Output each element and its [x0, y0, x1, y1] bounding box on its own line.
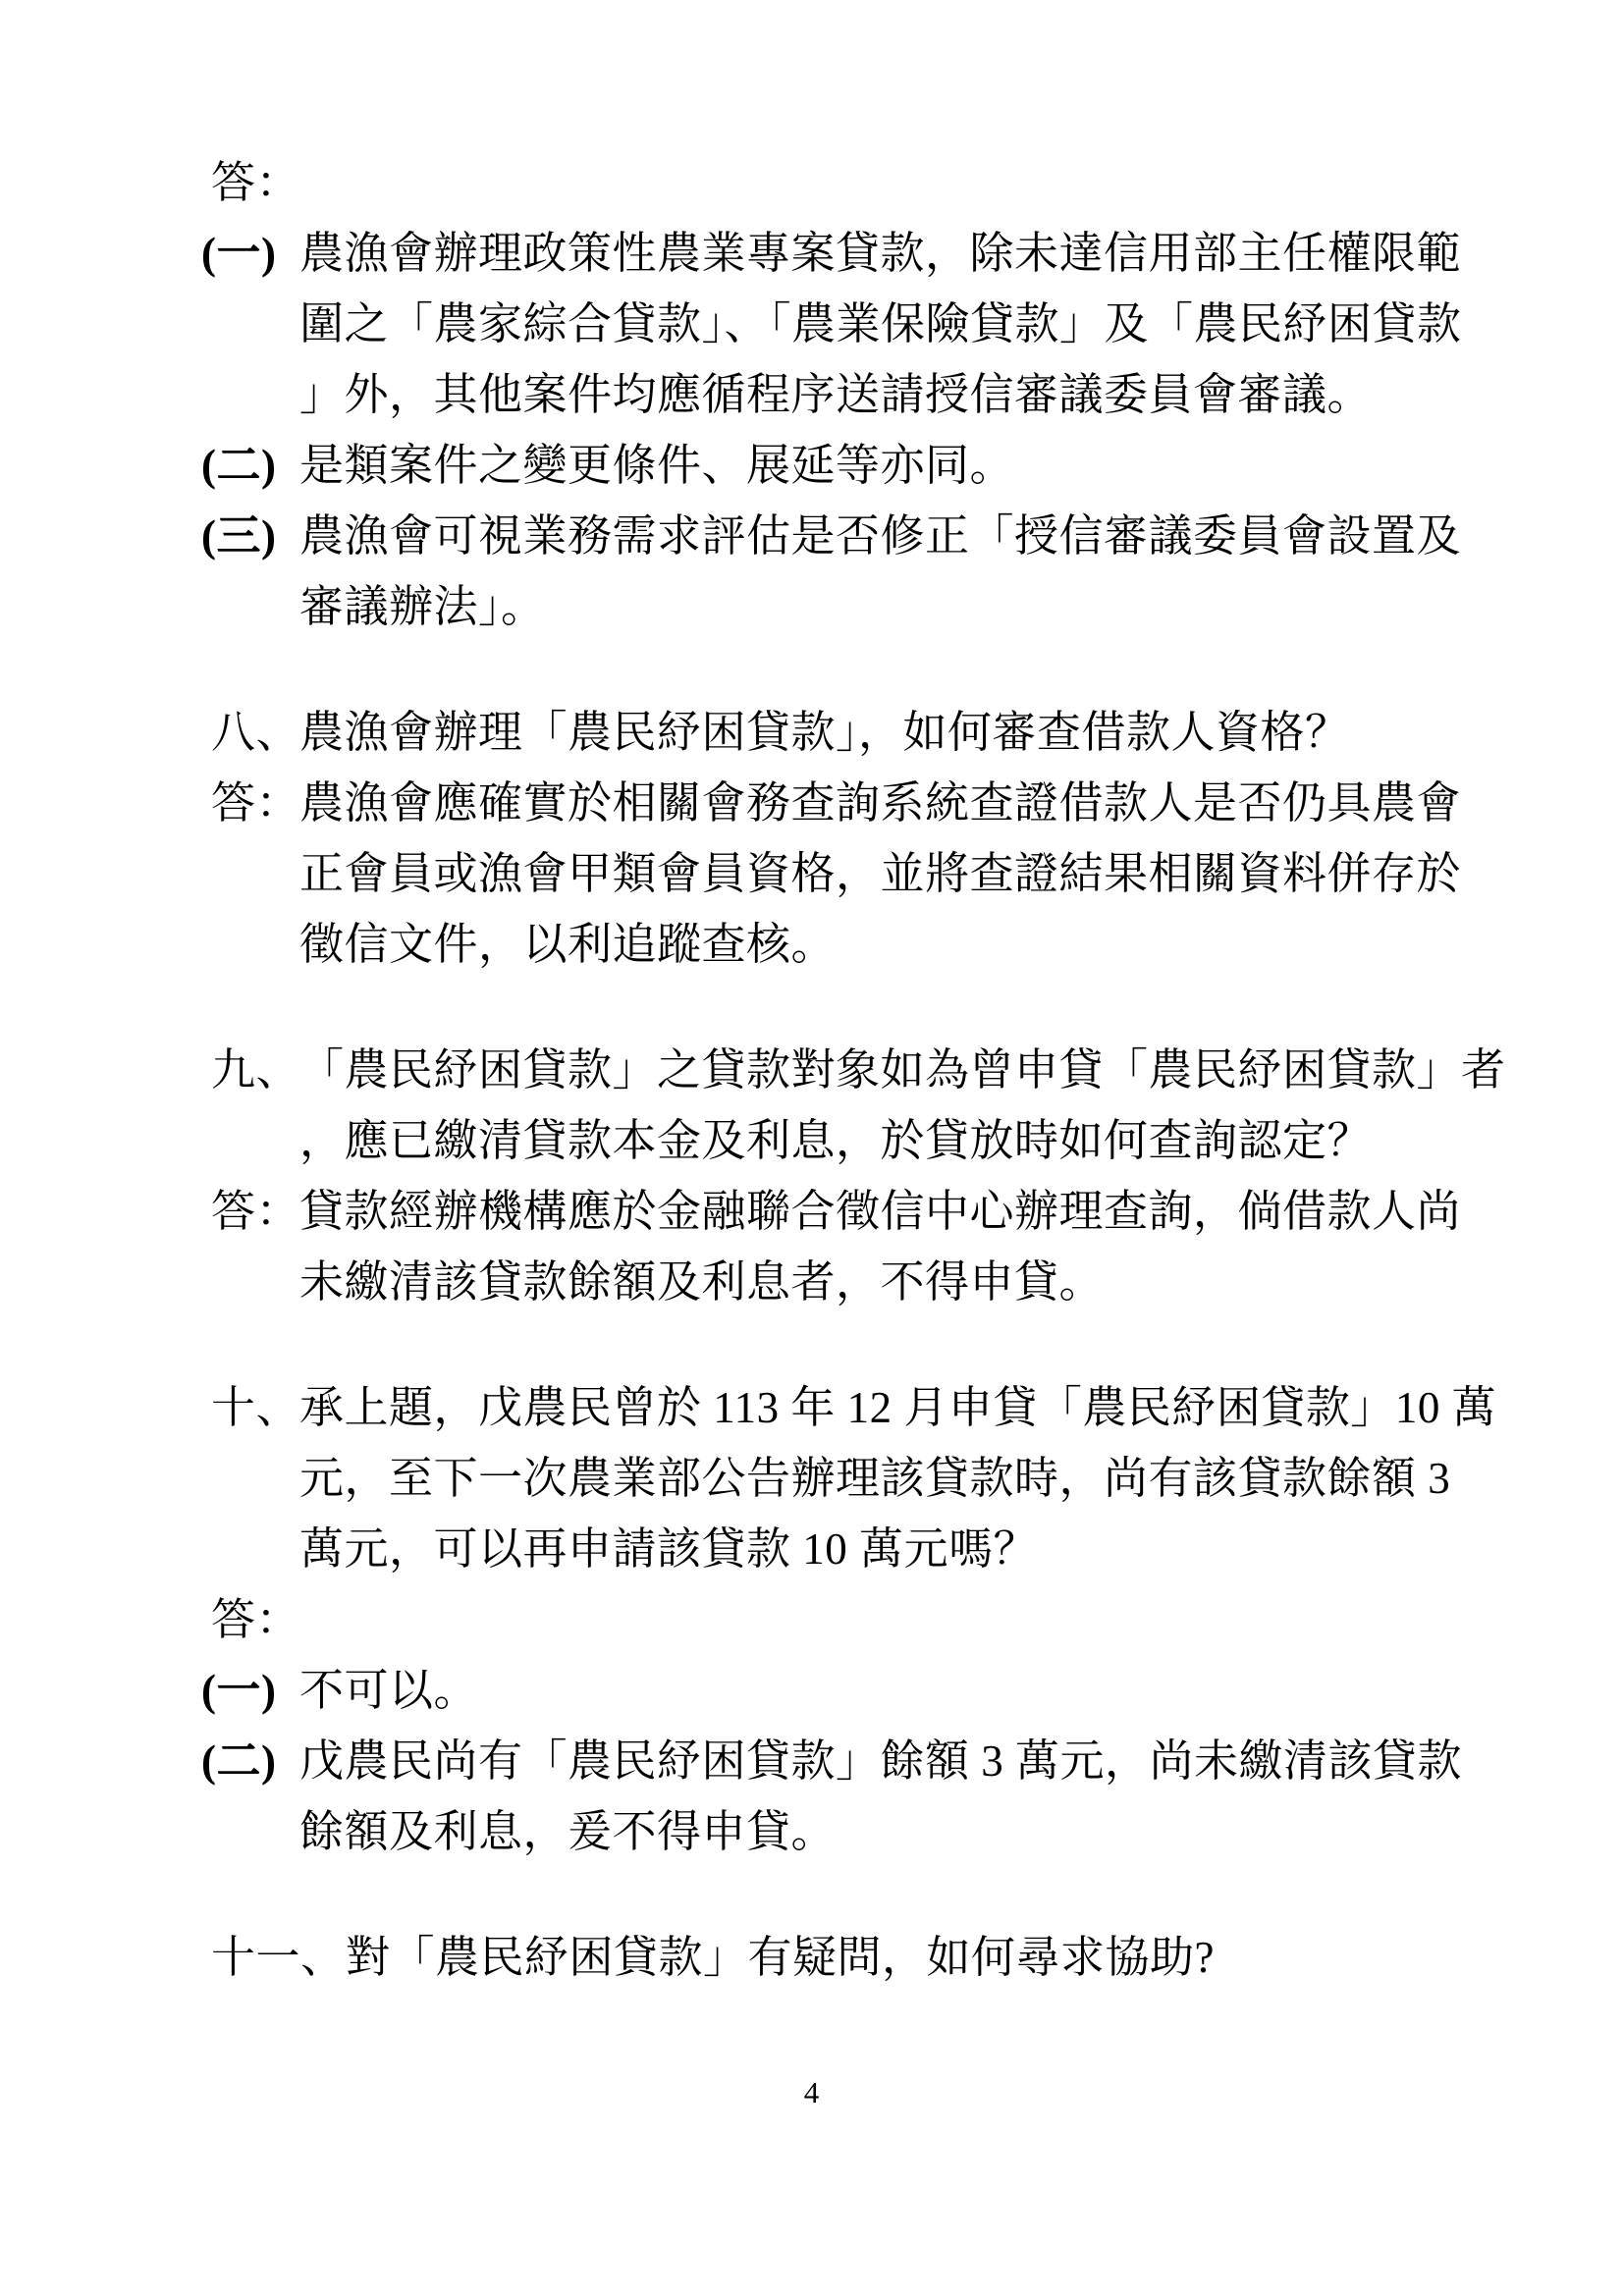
- line-text: 承上題，戊農民曾於 113 年 12 月申貸「農民紓困貸款」10 萬: [299, 1383, 1496, 1432]
- line-text: 」外，其他案件均應循程序送請授信審議委員會審議。: [299, 370, 1372, 419]
- document-page: 答：(一)農漁會辦理政策性農業專案貸款，除未達信用部主任權限範圍之「農家綜合貸款…: [0, 0, 1623, 2296]
- line-marker: 答：: [211, 1176, 299, 1247]
- text-line: (一)不可以。: [0, 1655, 1623, 1726]
- text-line: 徵信文件，以利追蹤查核。: [0, 909, 1623, 980]
- line-text: 戊農民尚有「農民紓困貸款」餘額 3 萬元，尚未繳清該貸款: [299, 1736, 1462, 1786]
- line-text: 審議辦法」。: [299, 582, 546, 631]
- qa-block: 十、承上題，戊農民曾於 113 年 12 月申貸「農民紓困貸款」10 萬元，至下…: [0, 1372, 1623, 1867]
- line-marker: (一): [201, 218, 299, 289]
- qa-block: 八、農漁會辦理「農民紓困貸款」，如何審查借款人資格？答：農漁會應確實於相關會務查…: [0, 697, 1623, 980]
- line-text: 「農民紓困貸款」之貸款對象如為曾申貸「農民紓困貸款」者: [299, 1045, 1506, 1095]
- text-line: 未繳清該貸款餘額及利息者，不得申貸。: [0, 1247, 1623, 1317]
- line-text: 餘額及利息，爰不得申貸。: [299, 1807, 836, 1856]
- line-text: 對「農民紓困貸款」有疑問，如何尋求協助?: [346, 1933, 1215, 1982]
- text-line: 正會員或漁會甲類會員資格，並將查證結果相關資料併存於: [0, 838, 1623, 909]
- text-line: 審議辦法」。: [0, 571, 1623, 642]
- text-line: ，應已繳清貸款本金及利息，於貸放時如何查詢認定？: [0, 1105, 1623, 1176]
- line-marker: 答：: [211, 147, 299, 218]
- text-line: (二)戊農民尚有「農民紓困貸款」餘額 3 萬元，尚未繳清該貸款: [0, 1726, 1623, 1796]
- line-text: 是類案件之變更條件、展延等亦同。: [299, 441, 1014, 490]
- line-text: 農漁會辦理政策性農業專案貸款，除未達信用部主任權限範: [299, 229, 1461, 278]
- line-text: 農漁會應確實於相關會務查詢系統查證借款人是否仍具農會: [299, 778, 1461, 828]
- line-marker: (一): [201, 1655, 299, 1726]
- text-line: 答：: [0, 147, 1623, 218]
- line-text: 不可以。: [299, 1666, 478, 1715]
- page-content: 答：(一)農漁會辦理政策性農業專案貸款，除未達信用部主任權限範圍之「農家綜合貸款…: [0, 0, 1623, 1993]
- text-line: 八、農漁會辦理「農民紓困貸款」，如何審查借款人資格？: [0, 697, 1623, 768]
- line-marker: (三): [201, 501, 299, 571]
- qa-block: 十一、對「農民紓困貸款」有疑問，如何尋求協助?: [0, 1922, 1623, 1993]
- qa-block: 答：(一)農漁會辦理政策性農業專案貸款，除未達信用部主任權限範圍之「農家綜合貸款…: [0, 147, 1623, 642]
- text-line: 十、承上題，戊農民曾於 113 年 12 月申貸「農民紓困貸款」10 萬: [0, 1372, 1623, 1443]
- text-line: 圍之「農家綜合貸款」、「農業保險貸款」及「農民紓困貸款: [0, 289, 1623, 359]
- line-marker: 答：: [211, 1584, 299, 1655]
- line-text: 徵信文件，以利追蹤查核。: [299, 920, 836, 969]
- text-line: 答：貸款經辦機構應於金融聯合徵信中心辦理查詢，倘借款人尚: [0, 1176, 1623, 1247]
- line-text: 未繳清該貸款餘額及利息者，不得申貸。: [299, 1257, 1104, 1307]
- line-text: 農漁會辦理「農民紓困貸款」，如何審查借款人資格？: [299, 708, 1350, 757]
- line-text: 萬元，可以再申請該貸款 10 萬元嗎？: [299, 1524, 1038, 1574]
- line-text: 圍之「農家綜合貸款」、「農業保險貸款」及「農民紓困貸款: [299, 299, 1462, 348]
- text-line: (二)是類案件之變更條件、展延等亦同。: [0, 430, 1623, 501]
- line-marker: (二): [201, 1726, 299, 1796]
- line-marker: (二): [201, 430, 299, 501]
- page-number: 4: [0, 2073, 1623, 2112]
- line-text: 貸款經辦機構應於金融聯合徵信中心辦理查詢，倘借款人尚: [299, 1187, 1461, 1236]
- text-line: 答：農漁會應確實於相關會務查詢系統查證借款人是否仍具農會: [0, 768, 1623, 838]
- text-line: 餘額及利息，爰不得申貸。: [0, 1796, 1623, 1867]
- line-text: 正會員或漁會甲類會員資格，並將查證結果相關資料併存於: [299, 849, 1461, 898]
- qa-block: 九、「農民紓困貸款」之貸款對象如為曾申貸「農民紓困貸款」者，應已繳清貸款本金及利…: [0, 1035, 1623, 1317]
- text-line: 十一、對「農民紓困貸款」有疑問，如何尋求協助?: [0, 1922, 1623, 1993]
- line-text: 元，至下一次農業部公告辦理該貸款時，尚有該貸款餘額 3: [299, 1454, 1450, 1503]
- text-line: 」外，其他案件均應循程序送請授信審議委員會審議。: [0, 359, 1623, 430]
- text-line: 元，至下一次農業部公告辦理該貸款時，尚有該貸款餘額 3: [0, 1443, 1623, 1514]
- line-marker: 答：: [211, 768, 299, 838]
- text-line: (一)農漁會辦理政策性農業專案貸款，除未達信用部主任權限範: [0, 218, 1623, 289]
- text-line: 萬元，可以再申請該貸款 10 萬元嗎？: [0, 1514, 1623, 1584]
- text-line: (三)農漁會可視業務需求評估是否修正「授信審議委員會設置及: [0, 501, 1623, 571]
- line-marker: 九、: [211, 1035, 299, 1105]
- line-marker: 十、: [211, 1372, 299, 1443]
- text-line: 九、「農民紓困貸款」之貸款對象如為曾申貸「農民紓困貸款」者: [0, 1035, 1623, 1105]
- line-marker: 八、: [211, 697, 299, 768]
- text-line: 答：: [0, 1584, 1623, 1655]
- line-text: ，應已繳清貸款本金及利息，於貸放時如何查詢認定？: [299, 1116, 1372, 1165]
- line-marker: 十一、: [211, 1922, 346, 1993]
- line-text: 農漁會可視業務需求評估是否修正「授信審議委員會設置及: [299, 511, 1461, 561]
